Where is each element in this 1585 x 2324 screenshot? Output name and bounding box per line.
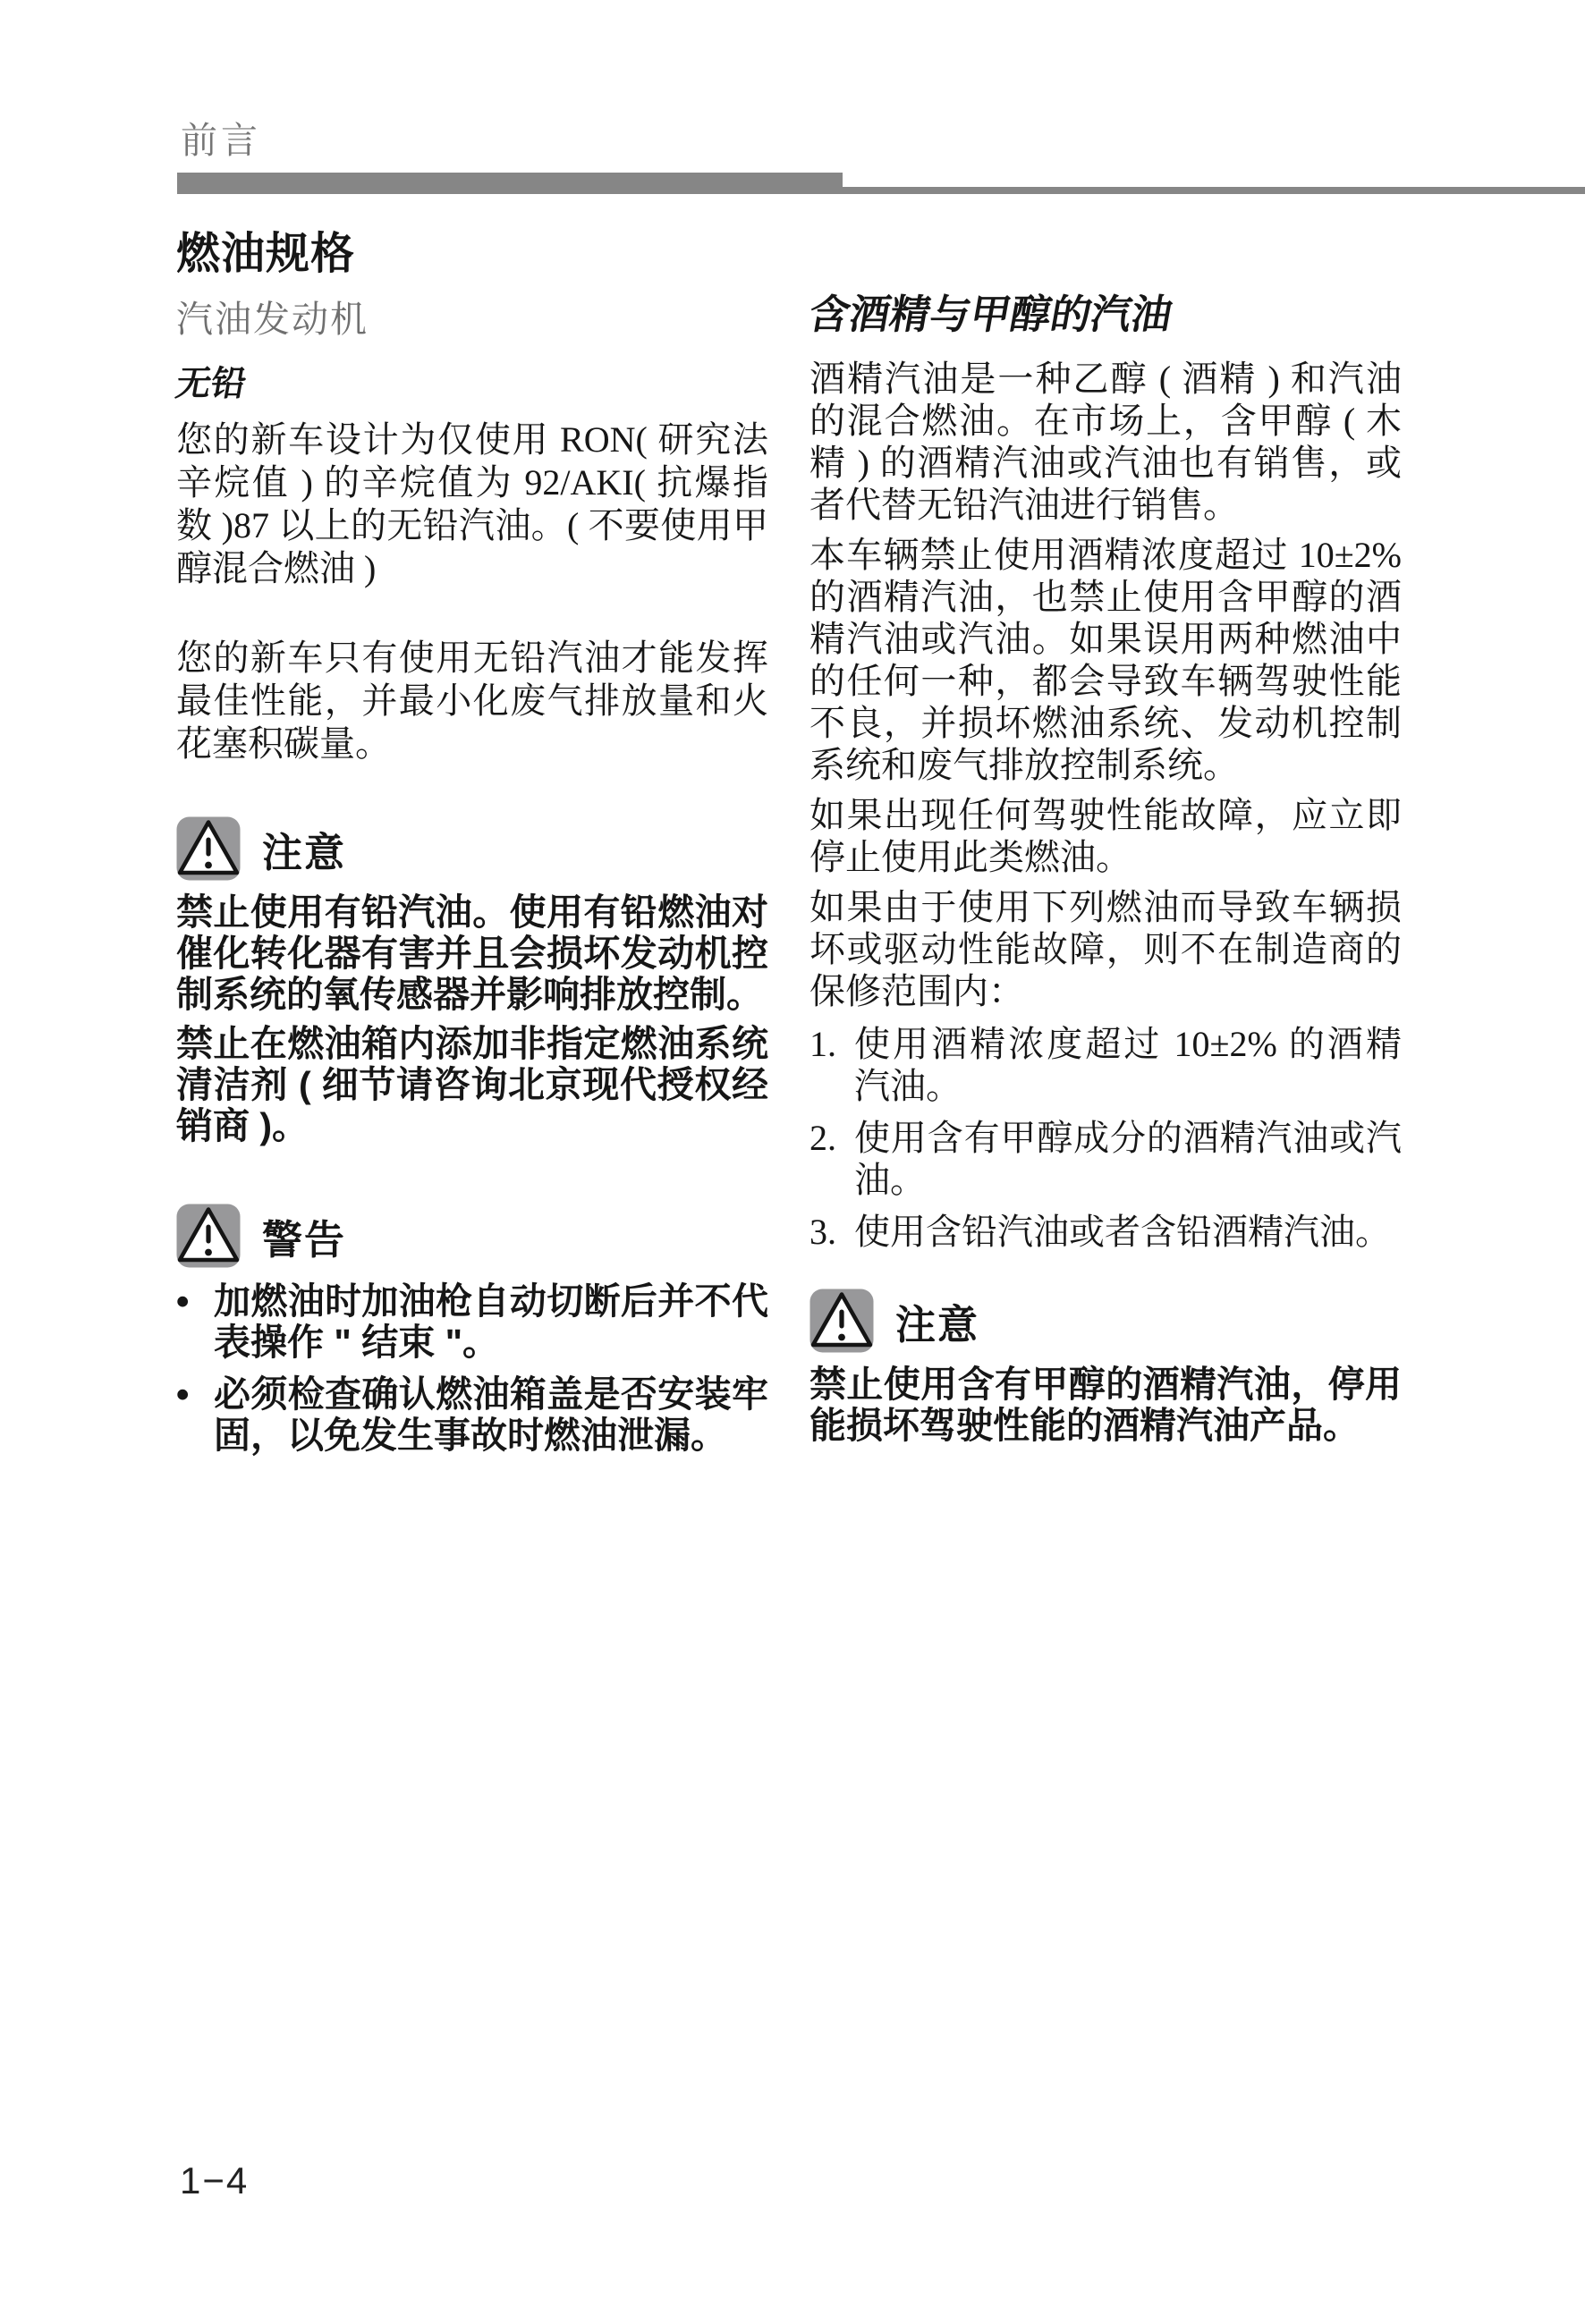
warning-text: 加燃油时加油枪自动切断后并不代表操作 " 结束 "。 xyxy=(214,1280,768,1363)
paragraph: 如果由于使用下列燃油而导致车辆损坏或驱动性能故障，则不在制造商的保修范围内： xyxy=(809,886,1402,1012)
right-column: 含酒精与甲醇的汽油 酒精汽油是一种乙醇 ( 酒精 ) 和汽油的混合燃油。在市场上… xyxy=(809,292,1402,1446)
list-text: 使用含有甲醇成分的酒精汽油或汽油。 xyxy=(854,1117,1402,1201)
manual-page: 前言 燃油规格 汽油发动机 无铅 您的新车设计为仅使用 RON( 研究法辛烷值 … xyxy=(0,0,1585,2324)
caution-text: 禁止使用有铅汽油。使用有铅燃油对催化转化器有害并且会损坏发动机控制系统的氧传感器… xyxy=(176,892,768,1015)
caution-label: 注意 xyxy=(262,820,346,878)
unleaded-heading: 无铅 xyxy=(176,365,768,404)
warning-label: 警告 xyxy=(262,1207,346,1265)
caution-header: 注意 xyxy=(176,816,768,881)
list-item: 3. 使用含铅汽油或者含铅酒精汽油。 xyxy=(809,1211,1402,1253)
warning-text: 必须检查确认燃油箱盖是否安装牢固，以免发生事故时燃油泄漏。 xyxy=(214,1373,768,1456)
header-rule-thick xyxy=(177,173,843,194)
warning-triangle-icon xyxy=(809,1289,874,1353)
page-number: 1−4 xyxy=(180,2159,249,2202)
list-number: 3. xyxy=(809,1211,854,1253)
warning-bullet-list: • 加燃油时加油枪自动切断后并不代表操作 " 结束 "。 • 必须检查确认燃油箱… xyxy=(176,1280,768,1456)
warning-header: 警告 xyxy=(176,1204,768,1268)
excluded-fuel-list: 1. 使用酒精浓度超过 10±2% 的酒精汽油。 2. 使用含有甲醇成分的酒精汽… xyxy=(809,1023,1402,1253)
paragraph: 本车辆禁止使用酒精浓度超过 10±2% 的酒精汽油，也禁止使用含甲醇的酒精汽油或… xyxy=(809,534,1402,786)
list-number: 1. xyxy=(809,1023,854,1107)
header-rule-thin xyxy=(843,187,1585,194)
bullet-marker: • xyxy=(176,1280,214,1363)
chapter-kicker: 前言 xyxy=(181,120,261,161)
left-column: 燃油规格 汽油发动机 无铅 您的新车设计为仅使用 RON( 研究法辛烷值 ) 的… xyxy=(176,229,768,1456)
caution-text: 禁止在燃油箱内添加非指定燃油系统清洁剂 ( 细节请咨询北京现代授权经销商 )。 xyxy=(176,1023,768,1146)
caution-header: 注意 xyxy=(809,1289,1402,1353)
list-number: 2. xyxy=(809,1117,854,1201)
caution-text: 禁止使用含有甲醇的酒精汽油，停用能损坏驾驶性能的酒精汽油产品。 xyxy=(809,1364,1402,1446)
list-item: • 加燃油时加油枪自动切断后并不代表操作 " 结束 "。 xyxy=(176,1280,768,1363)
section-title: 燃油规格 xyxy=(176,229,768,279)
warning-triangle-icon xyxy=(176,816,241,881)
list-text: 使用含铅汽油或者含铅酒精汽油。 xyxy=(854,1211,1402,1253)
list-item: • 必须检查确认燃油箱盖是否安装牢固，以免发生事故时燃油泄漏。 xyxy=(176,1373,768,1456)
paragraph: 您的新车设计为仅使用 RON( 研究法辛烷值 ) 的辛烷值为 92/AKI( 抗… xyxy=(176,418,768,590)
warning-triangle-icon xyxy=(176,1204,241,1268)
list-item: 2. 使用含有甲醇成分的酒精汽油或汽油。 xyxy=(809,1117,1402,1201)
bullet-marker: • xyxy=(176,1373,214,1456)
list-item: 1. 使用酒精浓度超过 10±2% 的酒精汽油。 xyxy=(809,1023,1402,1107)
paragraph: 酒精汽油是一种乙醇 ( 酒精 ) 和汽油的混合燃油。在市场上，含甲醇 ( 木精 … xyxy=(809,358,1402,526)
list-text: 使用酒精浓度超过 10±2% 的酒精汽油。 xyxy=(854,1023,1402,1107)
caution-label: 注意 xyxy=(895,1292,979,1350)
paragraph: 如果出现任何驾驶性能故障，应立即停止使用此类燃油。 xyxy=(809,794,1402,878)
alcohol-fuel-heading: 含酒精与甲醇的汽油 xyxy=(809,292,1402,338)
section-subtitle: 汽油发动机 xyxy=(176,299,768,340)
paragraph: 您的新车只有使用无铅汽油才能发挥最佳性能，并最小化废气排放量和火花塞积碳量。 xyxy=(176,637,768,765)
